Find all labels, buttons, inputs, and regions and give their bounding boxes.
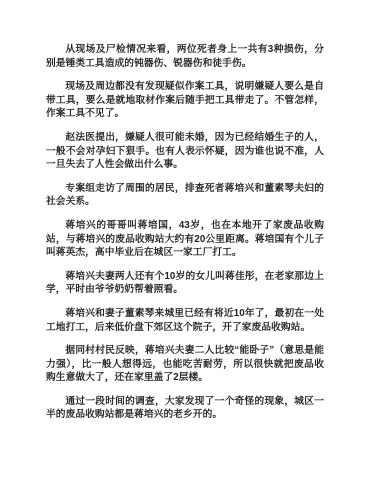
paragraph-9: 通过一段时间的调查，大家发现了一个奇怪的现象，城区一半的废品收购站都是蒋培兴的老…	[46, 395, 324, 422]
paragraph-2: 现场及周边都没有发现疑似作案工具，说明嫌疑人要么是自带工具，要么是就地取材作案后…	[46, 80, 324, 121]
document-page: 从现场及尸检情况来看，两位死者身上一共有3种损伤，分别是锤类工具造成的钝器伤、锐…	[0, 0, 370, 480]
paragraph-7: 蒋培兴和妻子董素琴来城里已经有将近10年了，最初在一处工地打工，后来低价盘下郊区…	[46, 307, 324, 334]
page-content: 从现场及尸检情况来看，两位死者身上一共有3种损伤，分别是锤类工具造成的钝器伤、锐…	[46, 43, 324, 432]
paragraph-8: 据同村村民反映，蒋培兴夫妻二人比较“能卧子”（意思是能力强），比一般人想得远，也…	[46, 344, 324, 385]
paragraph-3: 赵法医提出，嫌疑人很可能未婚，因为已经结婚生子的人，一般不会对孕妇下狠手。也有人…	[46, 131, 324, 172]
paragraph-6: 蒋培兴夫妻两人还有个10岁的女儿叫蒋佳彤，在老家那边上学，平时由爷爷奶奶帮着照看…	[46, 270, 324, 297]
paragraph-4: 专案组走访了周围的居民，排查死者蒋培兴和董素琴夫妇的社会关系。	[46, 182, 324, 209]
paragraph-1: 从现场及尸检情况来看，两位死者身上一共有3种损伤，分别是锤类工具造成的钝器伤、锐…	[46, 43, 324, 70]
paragraph-5: 蒋培兴的哥哥叫蒋培国，43岁，也在本地开了家废品收购站，与蒋培兴的废品收购站大约…	[46, 219, 324, 260]
